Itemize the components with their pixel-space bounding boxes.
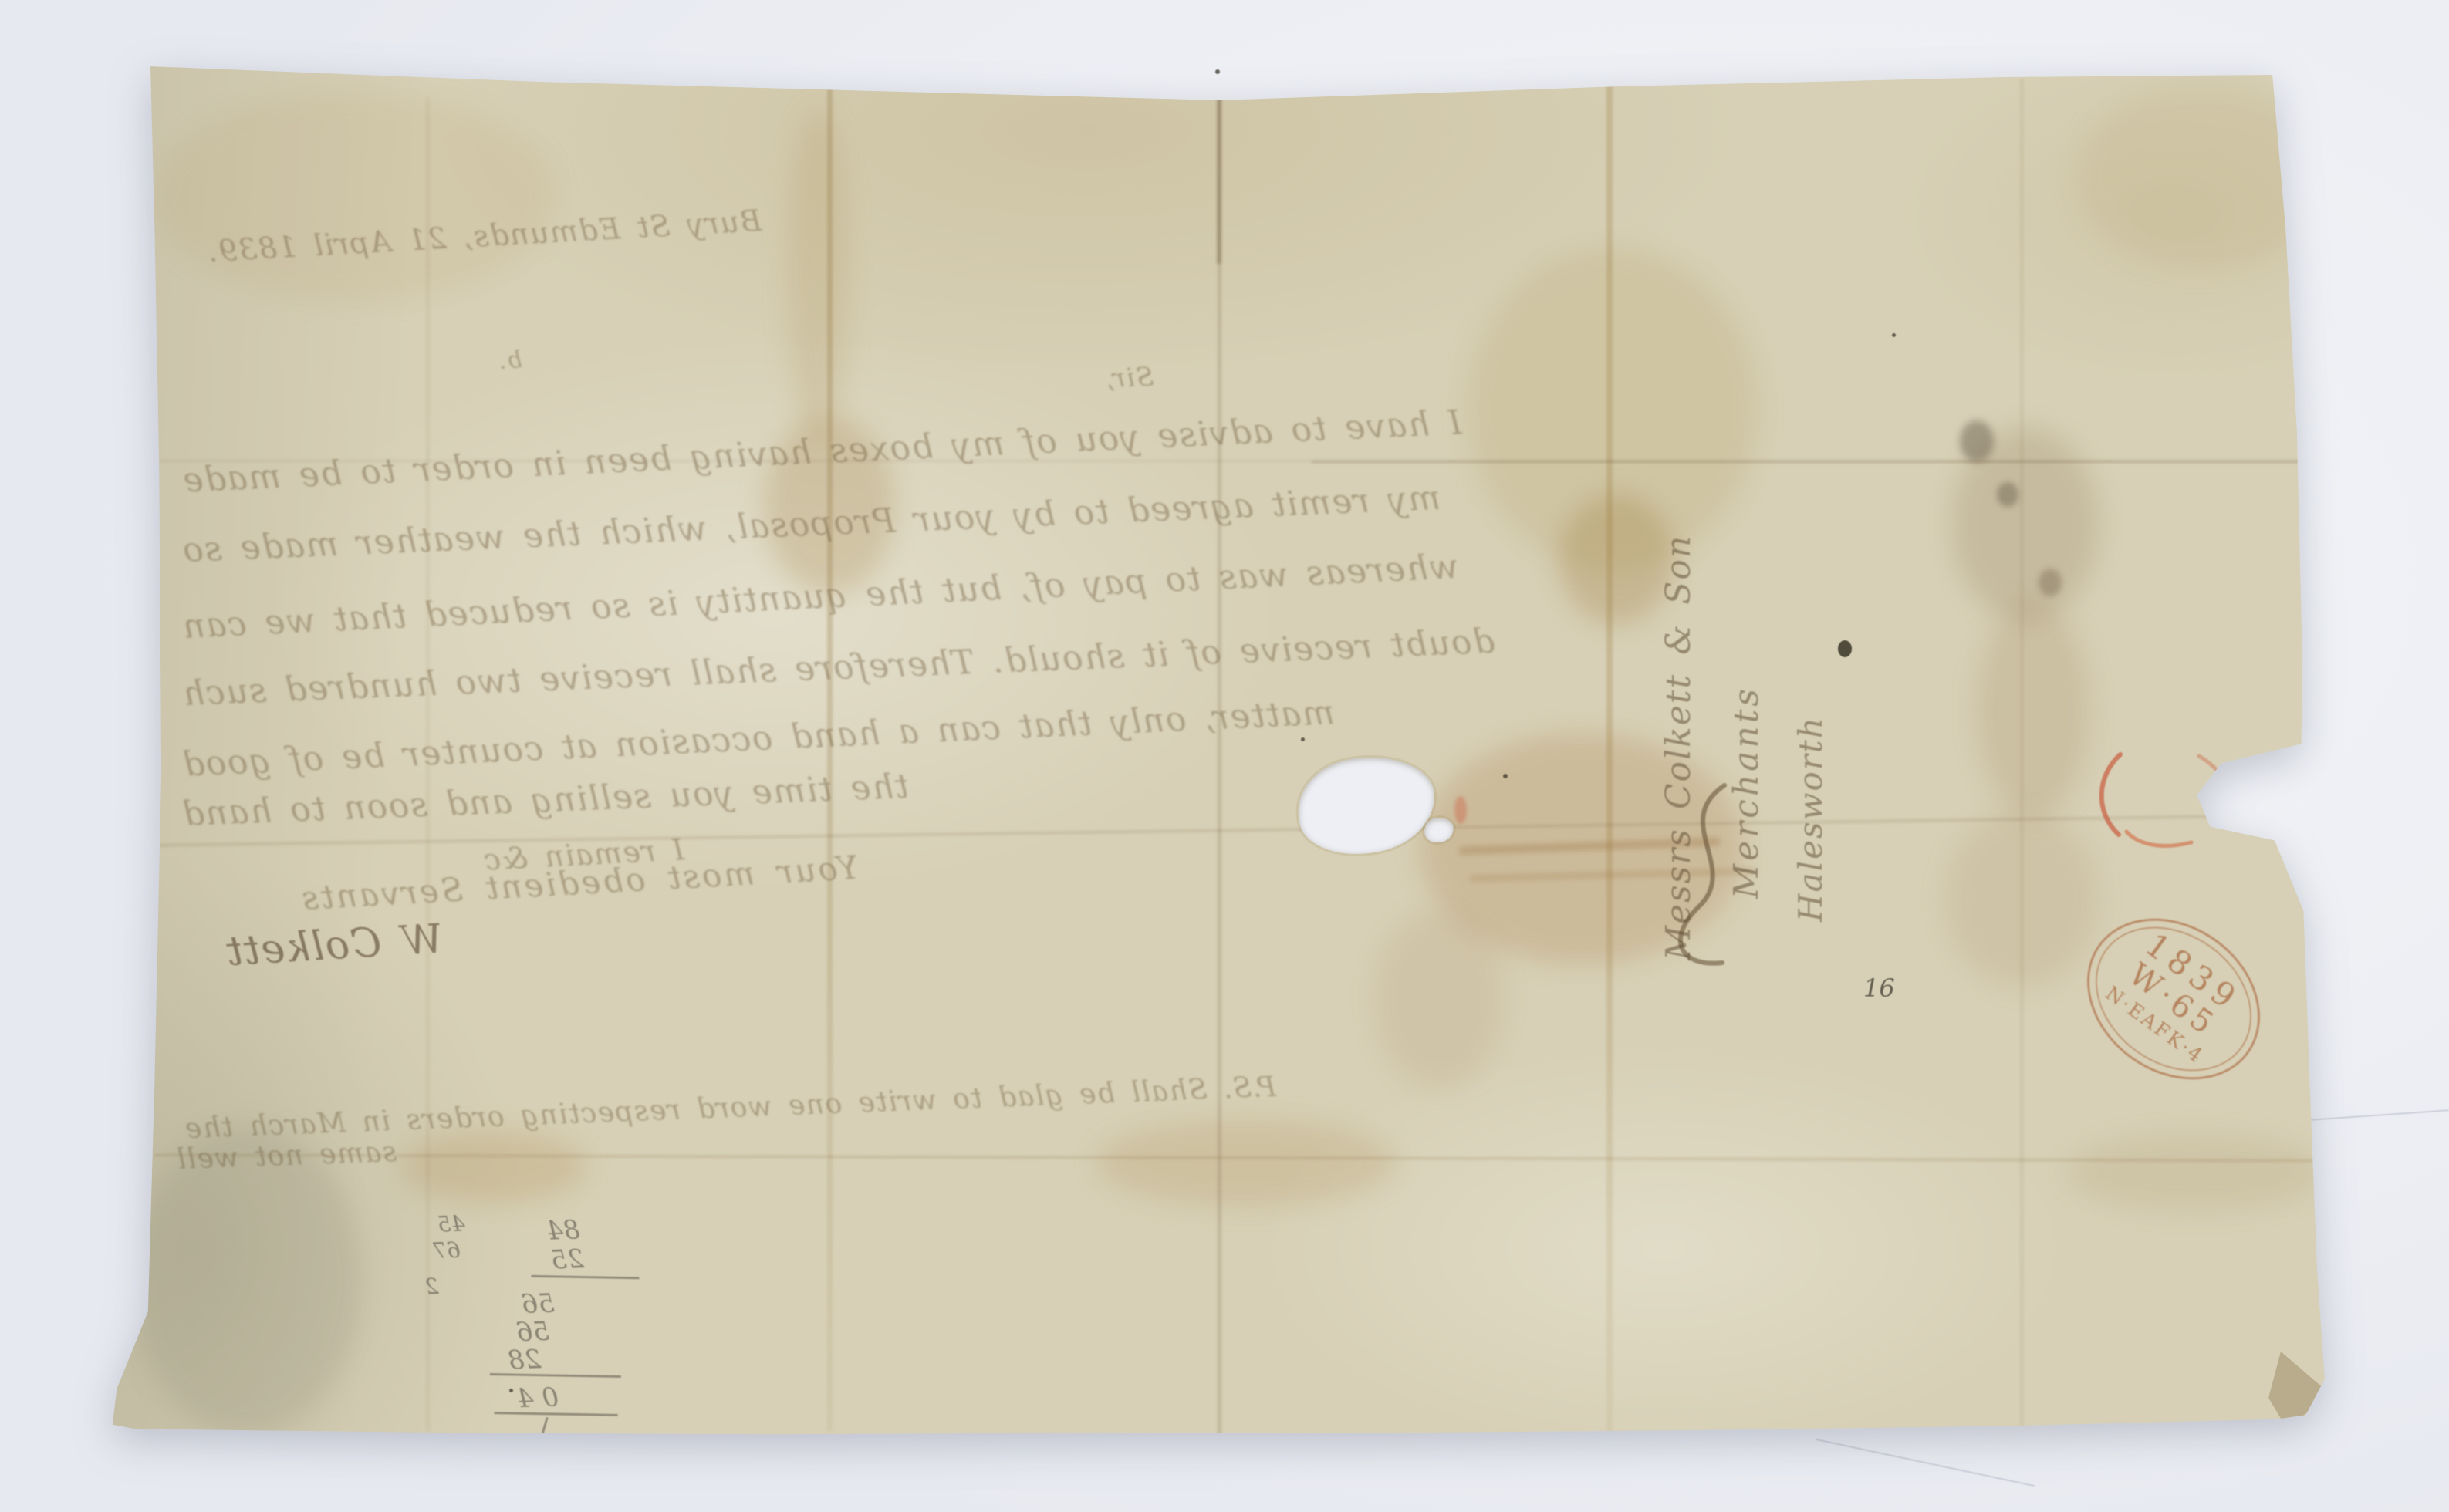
paper-speck bbox=[1301, 737, 1305, 741]
pencil-rule bbox=[531, 1275, 639, 1279]
background-scratch bbox=[1816, 1439, 2035, 1487]
letter-sheet: Bury St Edmunds, 21 April 1839. b. Sir, … bbox=[108, 62, 2330, 1443]
pencil-rule bbox=[495, 1412, 618, 1416]
paper-speck bbox=[1503, 774, 1508, 778]
stain-red-mark bbox=[1454, 796, 1467, 824]
dog-ear-corner bbox=[2268, 1352, 2330, 1429]
vertical-centre-fold bbox=[1218, 94, 1221, 1448]
letter-sheet-wrapper: Bury St Edmunds, 21 April 1839. b. Sir, … bbox=[108, 62, 2330, 1443]
vertical-fold-crease bbox=[827, 85, 833, 1431]
address-line: Halesworth bbox=[1792, 716, 1829, 922]
pencil-figure: 56 bbox=[521, 1288, 556, 1320]
postscript-line-showthrough: same not well bbox=[175, 1136, 397, 1176]
ink-blot bbox=[1838, 640, 1852, 657]
stain-fold-blob bbox=[1559, 494, 1674, 625]
pencil-figure: 25 bbox=[550, 1244, 585, 1275]
pencil-figure: 67 bbox=[433, 1237, 461, 1264]
stain-mottle-speck bbox=[1960, 420, 1994, 462]
vertical-fold-crease bbox=[1606, 83, 1613, 1445]
ink-paraph-flourish bbox=[1651, 779, 1751, 995]
stain-wax-mottle bbox=[1975, 602, 2091, 818]
paper-speck bbox=[1892, 333, 1896, 337]
horizontal-fold-crease-right bbox=[1312, 461, 2307, 463]
salutation-mark-showthrough: b. bbox=[497, 346, 523, 375]
stain-mottle-speck bbox=[2039, 569, 2062, 596]
signature-showthrough: W Colkett bbox=[224, 916, 444, 975]
pencil-tail-flourish bbox=[534, 1417, 549, 1461]
seal-tear-hole bbox=[1293, 751, 1440, 860]
postscript-line-showthrough: P.S. Shall be glad to write one word res… bbox=[184, 1072, 1277, 1145]
pencil-figure: 45 bbox=[437, 1210, 465, 1237]
pencil-figure: 84 bbox=[546, 1214, 581, 1246]
pencil-figure: 2 bbox=[424, 1274, 439, 1300]
stain-top-left bbox=[154, 93, 556, 301]
stain-top-right bbox=[2076, 85, 2330, 270]
pencil-result: 0 4 bbox=[516, 1382, 559, 1414]
salutation-showthrough: Sir, bbox=[1104, 361, 1155, 394]
pencil-figure: 56 bbox=[515, 1316, 550, 1348]
stain-mottle-speck bbox=[1997, 482, 2018, 507]
stain-fold-streak bbox=[787, 108, 849, 440]
stain-lower-fold bbox=[1096, 1119, 1397, 1207]
pencil-rule bbox=[490, 1373, 621, 1378]
pencil-note: 16 bbox=[1863, 974, 1895, 1003]
vertical-fold-crease bbox=[2020, 79, 2024, 1456]
stain-below-hole bbox=[1373, 910, 1505, 1088]
wax-seal-remnants bbox=[2083, 741, 2284, 856]
paper-speck bbox=[509, 1389, 513, 1392]
stain-lower-fold bbox=[2068, 1134, 2322, 1211]
pencil-figure: 28 bbox=[507, 1344, 542, 1375]
photograph: Bury St Edmunds, 21 April 1839. b. Sir, … bbox=[0, 0, 2449, 1512]
pencil-arithmetic: 45 67 2 84 25 56 56 28 0 4 bbox=[416, 1200, 672, 1470]
vertical-centre-fold-top bbox=[1217, 94, 1221, 264]
